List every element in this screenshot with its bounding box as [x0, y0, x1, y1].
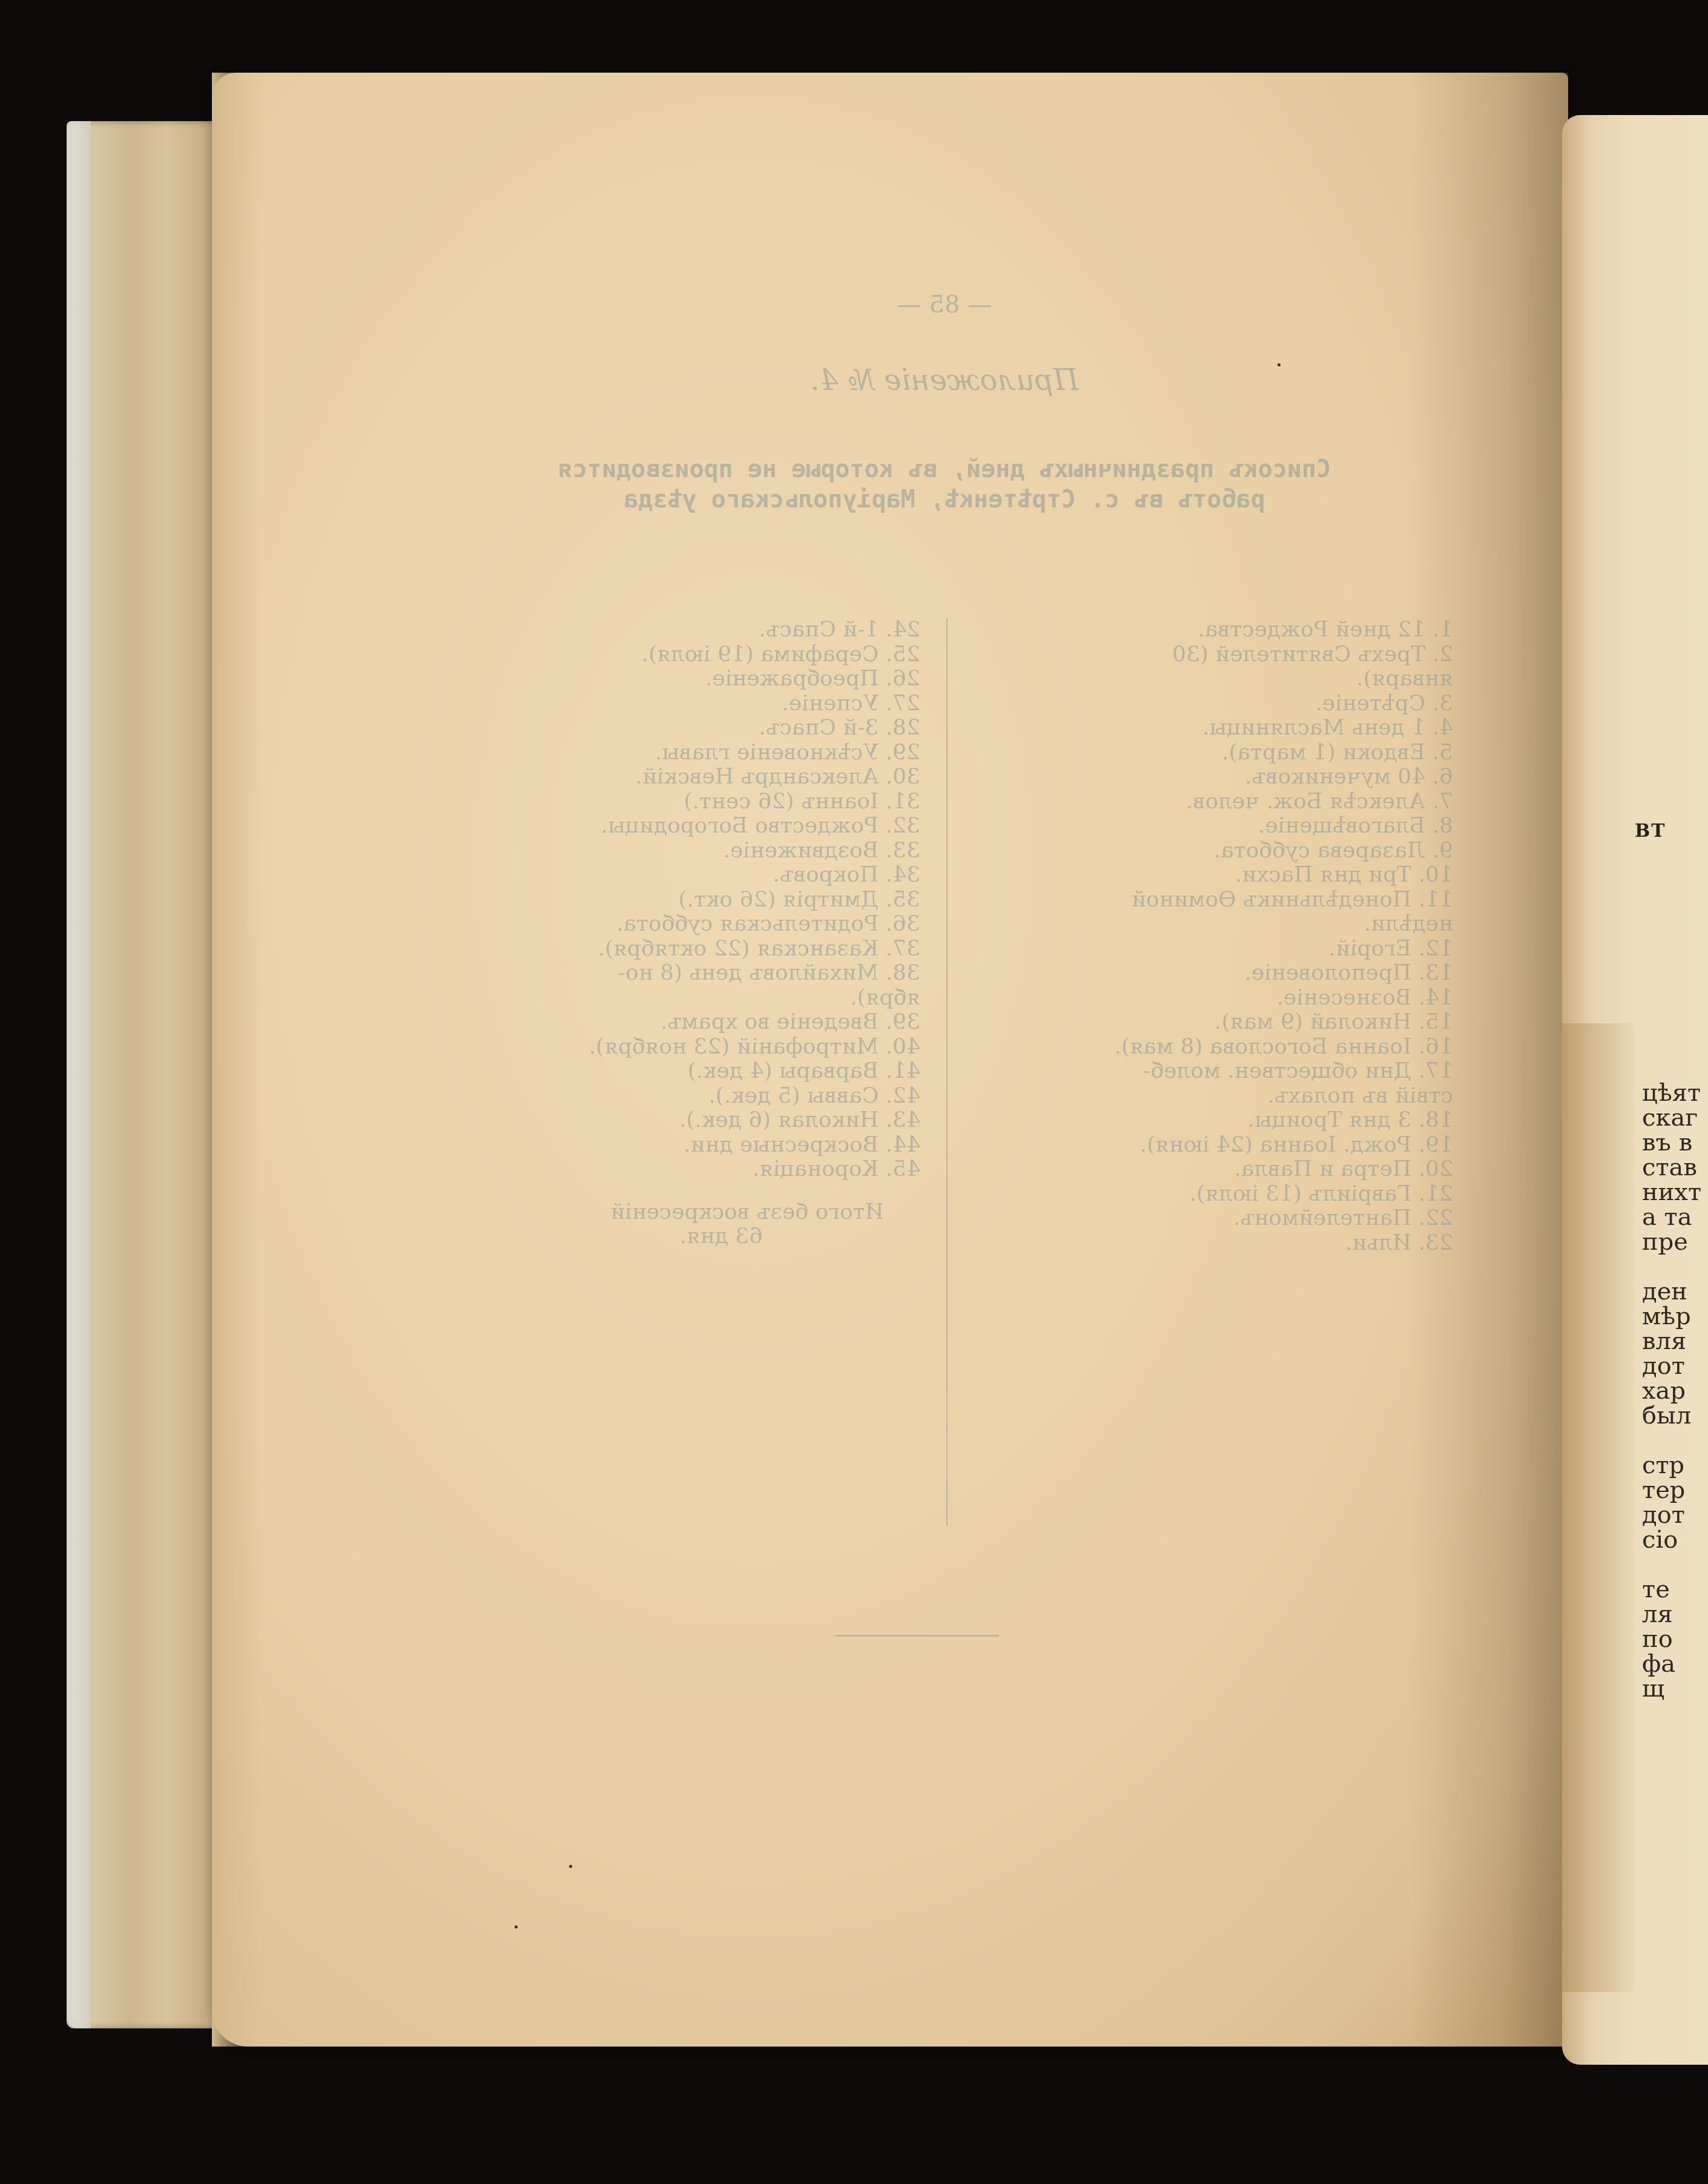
holiday-item: 9. Лазарева суббота. — [969, 839, 1453, 863]
text-line-fragment: стр — [1642, 1453, 1701, 1478]
total-line: 63 дня. — [436, 1224, 920, 1249]
text-line-fragment: цѣят — [1642, 1081, 1701, 1106]
page-number: — 85 — — [424, 291, 1465, 318]
text-line-fragment: был — [1642, 1404, 1701, 1428]
holiday-item: 16. Іоанна Богослова (8 мая). — [969, 1035, 1453, 1060]
end-rule — [836, 1635, 999, 1637]
holiday-item: 30. Александръ Невскій. — [436, 765, 920, 790]
text-line-fragment — [1642, 1428, 1701, 1453]
right-page-heading-fragment: ВТ — [1635, 820, 1666, 842]
holiday-item: 11. Понедѣльникъ Ѳоминой — [969, 888, 1453, 912]
holiday-item: недѣли. — [969, 912, 1453, 937]
text-line-fragment: скаг — [1642, 1106, 1701, 1130]
text-line-fragment: ля — [1642, 1602, 1701, 1627]
right-page-text-fragment: цѣятскагвъ вставнихта тапреденмѣрвлядотх… — [1642, 1081, 1701, 1701]
text-line-fragment: тер — [1642, 1478, 1701, 1503]
holiday-item: января). — [969, 667, 1453, 691]
text-line-fragment: хар — [1642, 1379, 1701, 1404]
holiday-item: 10. Три дня Пасхи. — [969, 863, 1453, 888]
holiday-item: 28. 3-й Спасъ. — [436, 716, 920, 741]
holiday-item: 3. Срѣтеніе. — [969, 691, 1453, 716]
holiday-item: 22. Пантелеймонъ. — [969, 1206, 1453, 1231]
holiday-item: ября). — [436, 986, 920, 1011]
holiday-item: ствій въ полахъ. — [969, 1084, 1453, 1109]
ink-spot — [515, 1925, 518, 1928]
holiday-item: 17. Дни обществен. молеб- — [969, 1059, 1453, 1084]
holiday-item: 13. Преполовеніе. — [969, 961, 1453, 986]
holiday-item: 2. Трехъ Святителей (30 — [969, 642, 1453, 667]
holiday-item: 40. Митрофаній (23 ноября). — [436, 1035, 920, 1060]
ink-spot — [569, 1865, 572, 1868]
holiday-item: 19. Рожд. Іоанна (24 іюня). — [969, 1133, 1453, 1158]
holiday-item: 29. Усѣкновеніе главы. — [436, 741, 920, 765]
holiday-item: 21. Гавріилъ (13 іюля). — [969, 1182, 1453, 1207]
column-divider — [946, 618, 948, 1526]
holiday-item: 7. Алексѣя Бож. челов. — [969, 790, 1453, 814]
holiday-item: 15. Николай (9 мая). — [969, 1010, 1453, 1035]
holiday-item: 35. Дмитрія (26 окт.) — [436, 888, 920, 912]
holiday-item: 31. Іоаннъ (26 сент.) — [436, 790, 920, 814]
holiday-item: 5. Евдоки (1 марта). — [969, 741, 1453, 765]
holiday-item: 26. Преображеніе. — [436, 667, 920, 691]
holiday-item: 45. Коронація. — [436, 1157, 920, 1182]
holiday-item: 38. Михайловъ день (8 но- — [436, 961, 920, 986]
text-line-fragment: нихт — [1642, 1180, 1701, 1205]
text-line-fragment — [1642, 1255, 1701, 1279]
holiday-item: 1. 12 дней Рождества. — [969, 618, 1453, 642]
text-line-fragment: щ — [1642, 1677, 1701, 1701]
holiday-item: 23. Ильи. — [969, 1231, 1453, 1256]
holiday-list-column-2: 24. 1-й Спасъ.25. Серафима (19 іюля).26.… — [436, 618, 920, 1249]
holiday-item: 34. Покровъ. — [436, 863, 920, 888]
list-title: Списокъ праздничныхъ дней, въ которые не… — [424, 454, 1465, 515]
holiday-item: 8. Благовѣщеніе. — [969, 814, 1453, 839]
text-line-fragment: фа — [1642, 1652, 1701, 1677]
text-line-fragment: мѣр — [1642, 1304, 1701, 1329]
show-through-text: — 85 — Приложеніе № 4. Списокъ праздничн… — [424, 291, 1465, 1562]
holiday-item: 18. 3 дня Троицы. — [969, 1108, 1453, 1133]
text-line-fragment: а та — [1642, 1205, 1701, 1230]
holiday-item: 20. Петра и Павла. — [969, 1157, 1453, 1182]
holiday-item: 24. 1-й Спасъ. — [436, 618, 920, 642]
text-line-fragment: пре — [1642, 1230, 1701, 1255]
text-line-fragment: сіо — [1642, 1528, 1701, 1552]
holiday-item: 41. Варвары (4 дек.) — [436, 1059, 920, 1084]
holiday-list-column-1: 1. 12 дней Рождества.2. Трехъ Святителей… — [969, 618, 1453, 1255]
holiday-item: 36. Родительская суббота. — [436, 912, 920, 937]
holiday-item: 14. Вознесеніе. — [969, 986, 1453, 1011]
holiday-item: 6. 40 мучениковъ. — [969, 765, 1453, 790]
text-line-fragment: дот — [1642, 1354, 1701, 1379]
text-line-fragment: вля — [1642, 1329, 1701, 1354]
text-line-fragment: въ в — [1642, 1130, 1701, 1155]
text-line-fragment: ден — [1642, 1279, 1701, 1304]
appendix-title: Приложеніе № 4. — [424, 363, 1465, 397]
total-line: Итого безъ воскресеній — [436, 1200, 920, 1225]
holiday-item: 33. Воздвиженіе. — [436, 839, 920, 863]
holiday-item: 43. Николая (6 дек.). — [436, 1108, 920, 1133]
water-stain — [1562, 1023, 1635, 1992]
ink-spot — [1278, 363, 1281, 366]
holiday-item: 39. Введеніе во храмъ. — [436, 1010, 920, 1035]
text-line-fragment: по — [1642, 1627, 1701, 1652]
holiday-item: 42. Саввы (5 дек.). — [436, 1084, 920, 1109]
holiday-item: 4. 1 день Масляницы. — [969, 716, 1453, 741]
holiday-item: 37. Казанская (22 октября). — [436, 937, 920, 962]
text-line-fragment: став — [1642, 1155, 1701, 1180]
text-line-fragment: те — [1642, 1577, 1701, 1602]
holiday-item: 12. Егорій. — [969, 937, 1453, 962]
holiday-item: 44. Воскресные дни. — [436, 1133, 920, 1158]
page-edge-wear — [212, 73, 260, 2047]
holiday-item: 32. Рождество Богородицы. — [436, 814, 920, 839]
text-line-fragment: дот — [1642, 1503, 1701, 1528]
holiday-item: 27. Успеніе. — [436, 691, 920, 716]
text-line-fragment — [1642, 1552, 1701, 1577]
holiday-item: 25. Серафима (19 іюля). — [436, 642, 920, 667]
